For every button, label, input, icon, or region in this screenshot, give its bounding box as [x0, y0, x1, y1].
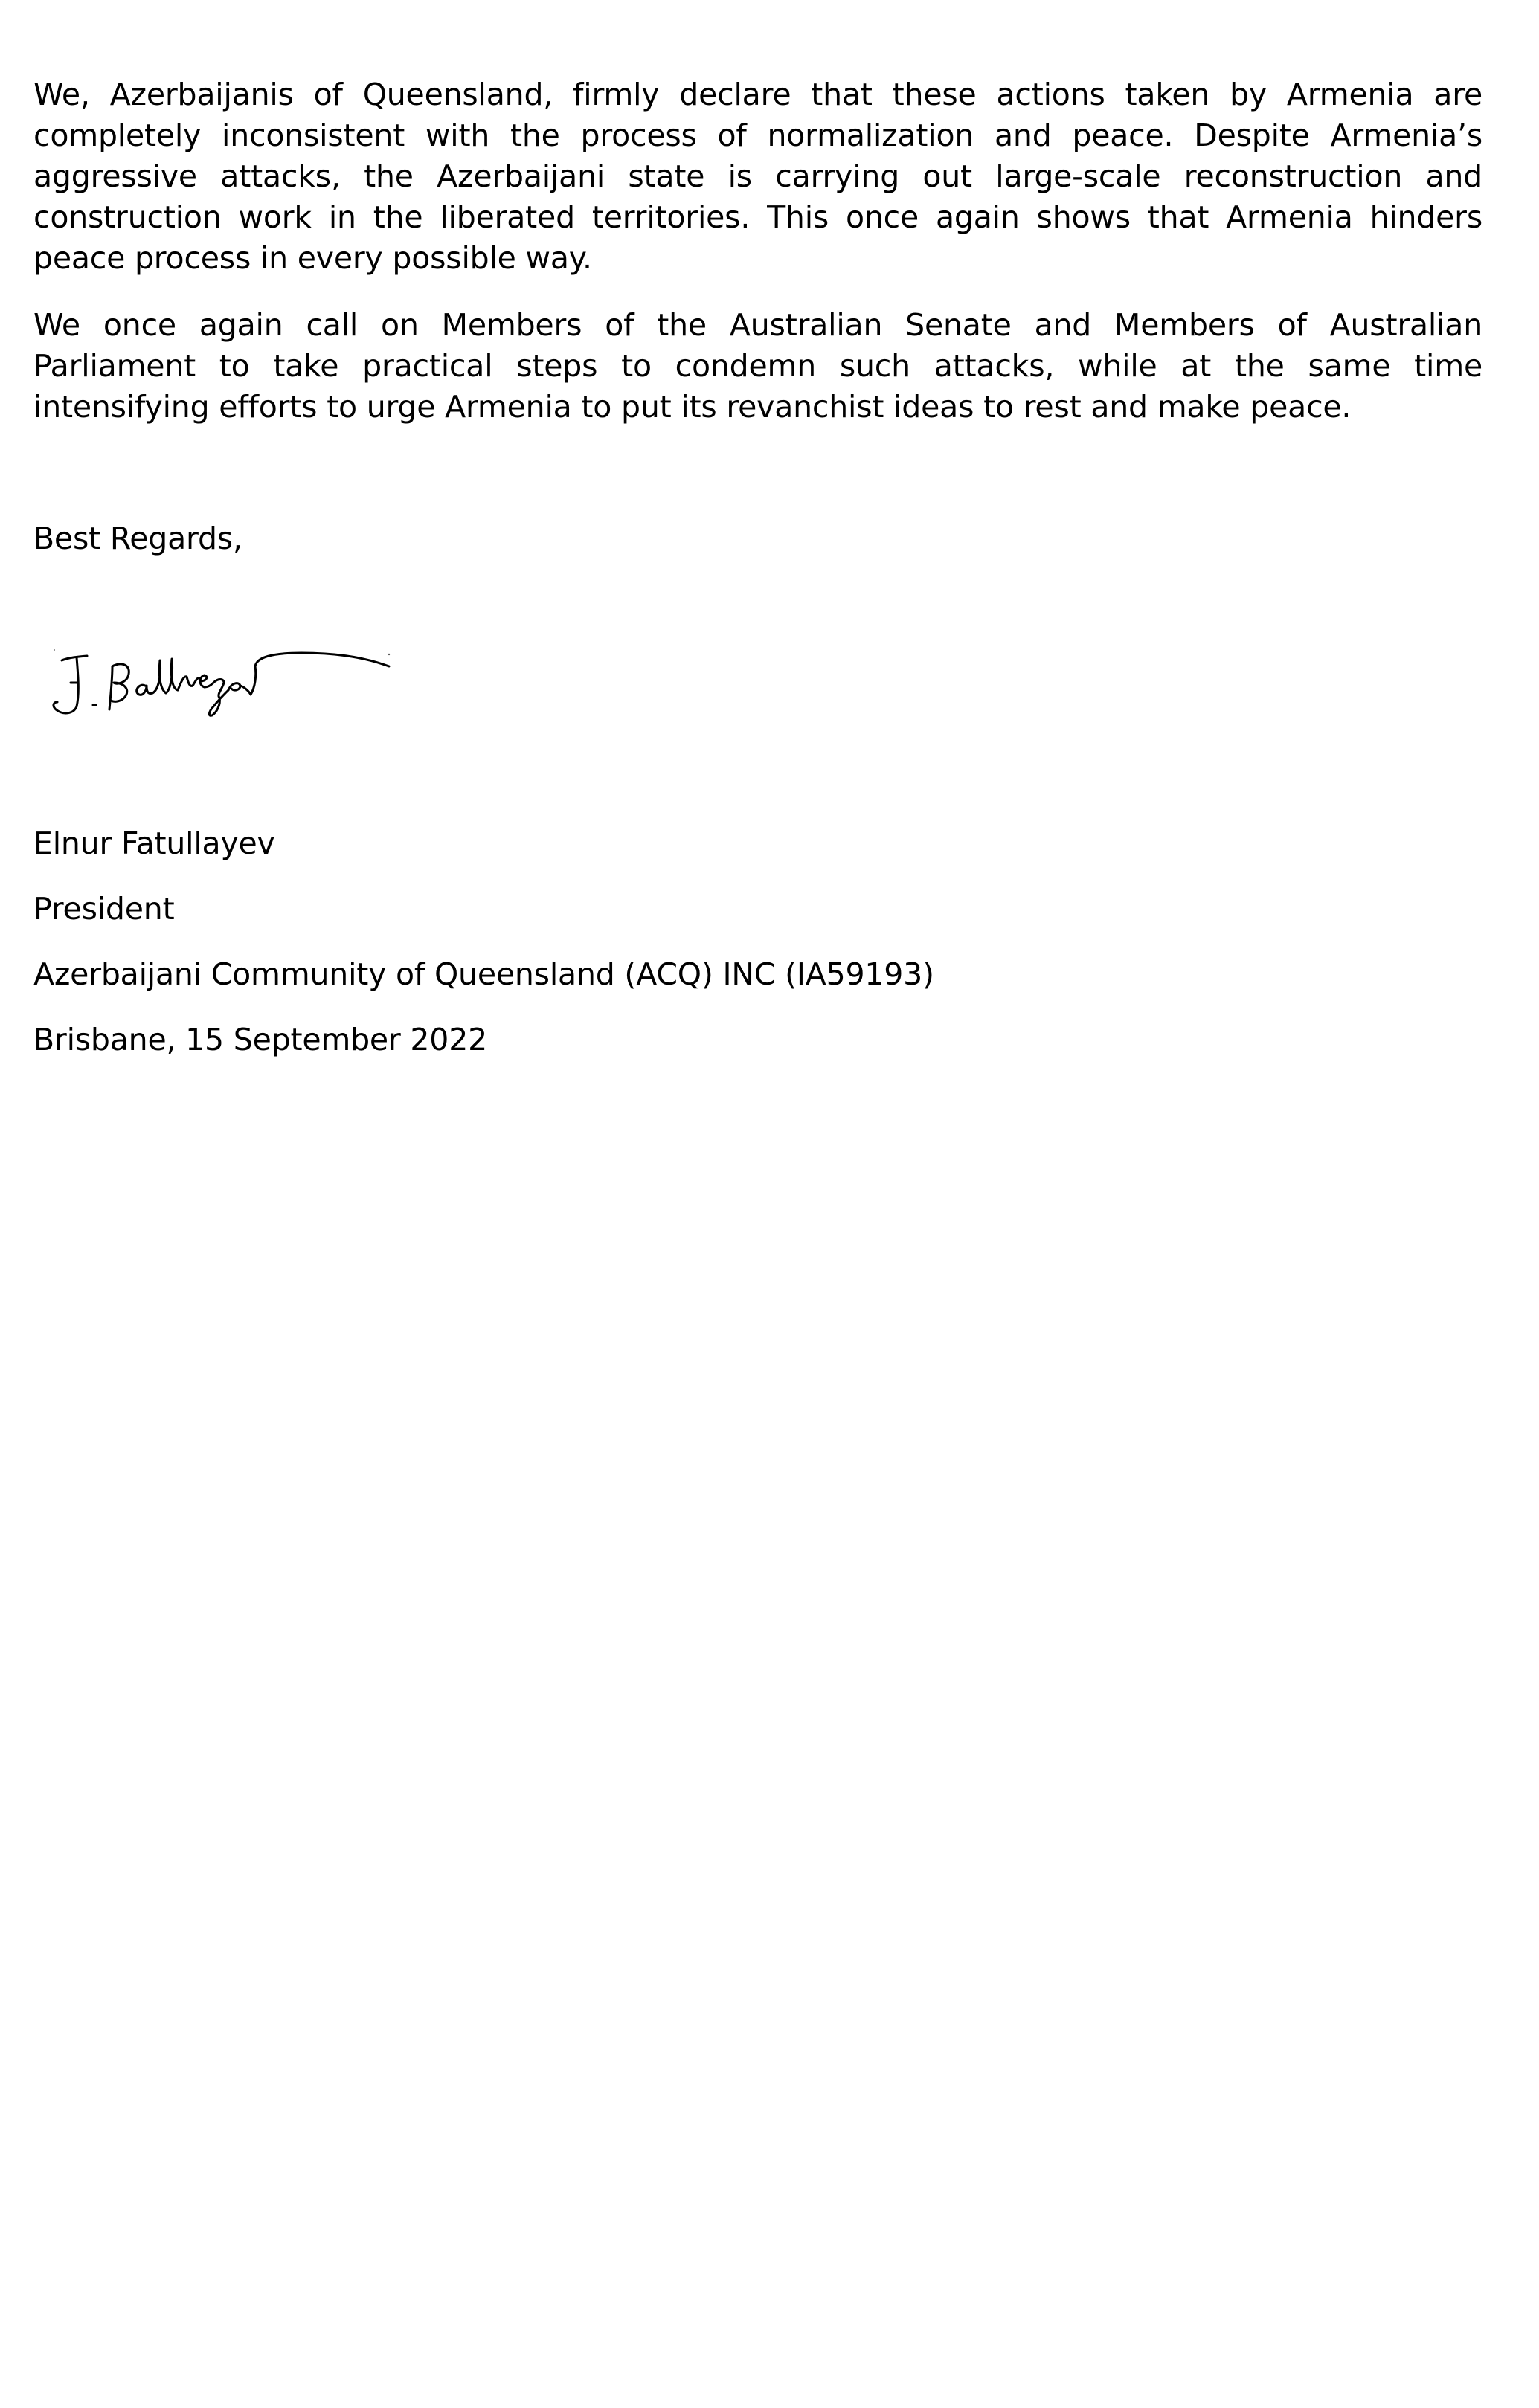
- paragraph-line: completely inconsistent with the process…: [33, 115, 1482, 156]
- place-and-date: Brisbane, 15 September 2022: [33, 1020, 487, 1060]
- paragraph-line: We once again call on Members of the Aus…: [33, 305, 1482, 346]
- signatory-name: Elnur Fatullayev: [33, 823, 275, 864]
- paragraph-line: intensifying efforts to urge Armenia to …: [33, 387, 1351, 428]
- signatory-organization: Azerbaijani Community of Queensland (ACQ…: [33, 954, 934, 995]
- signature-icon: [33, 623, 405, 727]
- paragraph-line: Parliament to take practical steps to co…: [33, 346, 1482, 387]
- paragraph-line: aggressive attacks, the Azerbaijani stat…: [33, 156, 1482, 197]
- signatory-title: President: [33, 889, 174, 930]
- closing-text: Best Regards,: [33, 518, 242, 559]
- paragraph-line: We, Azerbaijanis of Queensland, firmly d…: [33, 74, 1482, 115]
- paragraph-line: construction work in the liberated terri…: [33, 197, 1482, 238]
- paragraph-line: peace process in every possible way.: [33, 238, 592, 279]
